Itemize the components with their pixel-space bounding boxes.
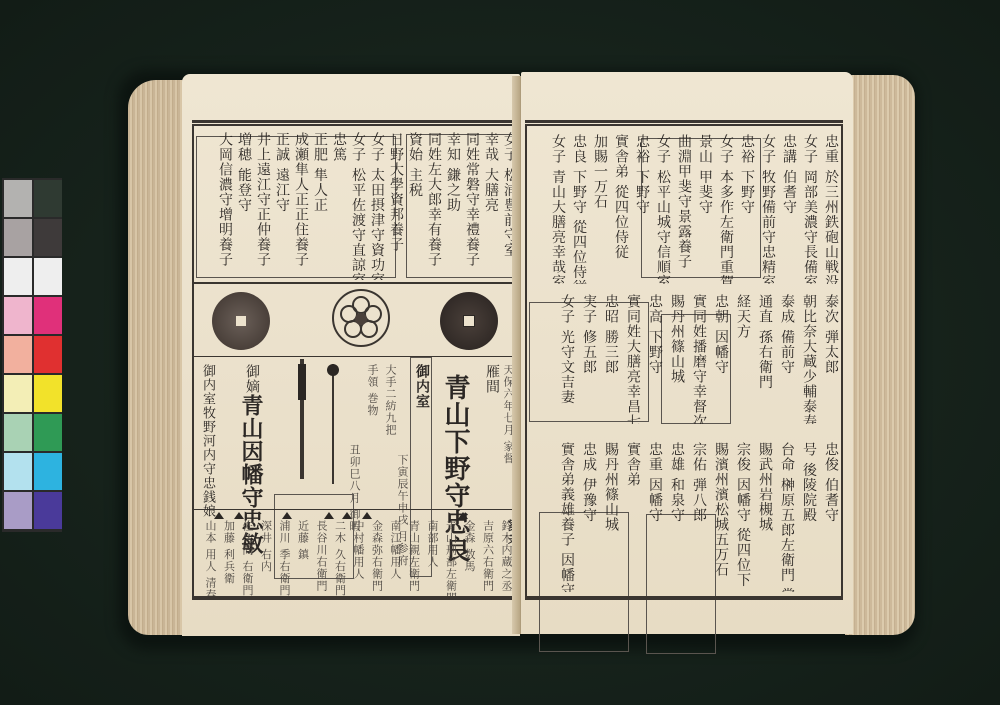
text-column: 忠裕 下野守 [632,134,652,214]
color-chip [4,297,32,334]
text-column: 女子 牧野備前守忠精室 [758,134,778,284]
color-chip [34,453,62,490]
text-column: 二木 久右衛門 [332,520,348,596]
text-column: 女子 松平佐渡守直諒室 因幡守 [348,132,368,280]
text-column: 女子 太田摂津守資功室 [367,132,387,280]
text-column: 賜濱州濱松城五万石 [711,442,731,577]
text-column: 青山親左衛門 [406,520,422,592]
text-column: 南江幡用人 [387,520,403,580]
text-column: 増穂 能登守 [234,132,254,212]
spear-sheath-icon [298,364,306,400]
text-column: 女子 本多作左衛門重賀室 [716,134,736,284]
text-column: 實同姓大膳亮幸昌七男 [623,294,643,424]
spear-icon [332,364,334,484]
text-column: 大岡信濃守增明養子 [215,132,235,267]
color-chip [4,453,32,490]
text-column: 泰成 備前守 [777,294,797,374]
text-column: 台命 榊原五郎左衛門 常陸介 [777,442,797,592]
top-rule [525,120,843,123]
text-column: 吉原六右衛門 [480,520,496,592]
text-column: 日野大學資邦養子 [386,132,406,252]
text-column: 正誠 遠江守 [272,132,292,212]
text-column: 曲淵甲斐守景露養子 [674,134,694,269]
text-column: 佐久間 右衛門 [239,520,255,596]
text-column: 近藤 鎮 [295,520,311,561]
bottom-rule [192,596,518,600]
text-column: 忠講 伯耆守 [779,134,799,214]
text-column: 正肥 隼人正 [310,132,330,212]
heir-label: 御嫡 [242,364,262,394]
text-column: 金森 数馬 [461,520,477,573]
triangle-marker-icon [342,512,352,519]
color-calibration-chart [2,178,62,532]
text-column: 忠篤 [329,132,349,162]
text-column: 長谷川右衛門 [313,520,329,592]
text-column: 賜丹州篠山城 [667,294,687,384]
text-column: 加賜一万石 [590,134,610,209]
book-fore-edge-right [845,75,915,635]
text-column: 宗俊 因幡守 從四位下 [733,442,753,588]
color-chip [4,336,32,373]
triangle-marker-icon [234,512,244,519]
bottom-rule [525,596,843,600]
text-column: 女子 光守文吉妻 [557,294,577,404]
text-column: 實舎弟 [623,442,643,487]
color-chip [34,414,62,451]
text-column: 忠重 因幡守 [645,442,665,522]
text-column: 女子 松平山城守信順室 [653,134,673,284]
text-column: 忠良 下野守 從四位侍従 [569,134,589,284]
heir-wife: 御内室牧野河内守忠銭娘 [198,364,217,518]
triangle-marker-icon [362,512,372,519]
tribute-item: 大手二紡九把 [382,364,398,436]
spear-tassel-icon [327,364,339,376]
text-column: 忠朝 因幡守 [711,294,731,374]
text-column: 経天方 [733,294,753,339]
text-column: 井上遠江守正仲養子 [253,132,273,267]
text-column: 忠裕 下野守 [737,134,757,214]
text-column: 通直 孫右衛門 [755,294,775,389]
text-column: 青山刑部左衛門 [443,520,459,596]
coin-crest-icon [440,292,498,350]
triangle-marker-icon [214,512,224,519]
text-column: 實同姓播磨守幸督次男 從四位下 [689,294,709,424]
genealogy-box [646,514,716,654]
color-chip [4,375,32,412]
text-column: 幸哉 大膳亮 [481,132,501,212]
text-column: 朝比奈大蔵少輔泰寿養子 大蔵少輔 [799,294,819,424]
text-column: 資始 主税 [405,132,425,197]
triangle-marker-icon [324,512,334,519]
genealogy-box [539,512,629,652]
text-column: 景山 甲斐守 [695,134,715,214]
section-rule [192,282,518,284]
text-column: 賜丹州篠山城 [601,442,621,532]
text-column: 加藤 利兵衛 [221,520,237,585]
color-chip [34,180,62,217]
coin-crest-icon [212,292,270,350]
right-page: 忠重 於三州鉄砲山戦没 平太夫女子 岡部美濃守長備室忠講 伯耆守女子 牧野備前守… [521,72,853,634]
text-column: 幸知 鎌之助 [443,132,463,212]
wife-label: 御内室 [412,364,432,409]
color-chip [4,258,32,295]
text-column: 同姓常磐守幸禮養子 [462,132,482,267]
text-column: 忠雄 和泉守 [667,442,687,522]
text-column: 深井 右内 [258,520,274,573]
bottom-section-rule [192,509,518,510]
text-column: 山本 用人 清春 [202,520,218,596]
text-column: 賜武州岩槻城 [755,442,775,532]
color-chip [34,336,62,373]
top-rule [192,120,518,123]
color-chip [34,258,62,295]
book-fore-edge-left [128,80,190,635]
text-column: 浦川 季右衛門 [276,520,292,596]
text-column: 女子 岡部美濃守長備室 [800,134,820,284]
text-column: 忠高 下野守 [645,294,665,374]
text-column: 忠重 於三州鉄砲山戦没 平太夫 [821,134,841,284]
plum-blossom-crest-icon [332,289,390,347]
text-column: 實舎弟義雄養子 因幡守 [557,442,577,592]
text-column: 泰次 弾太郎 [821,294,841,374]
color-chip [4,180,32,217]
crest-rule [192,356,518,357]
color-chip [4,492,32,529]
text-column: 忠昭 勝三郎 [601,294,621,374]
triangle-marker-icon [282,512,292,519]
left-page: 女子 松浦豊前守室幸哉 大膳亮同姓常磐守幸禮養子幸知 鎌之助同姓左大郎幸有養子資… [182,74,520,636]
text-column: 南部用人 [424,520,440,568]
color-chip [4,414,32,451]
text-column: 成瀬隼人正正住養子 [291,132,311,267]
text-column: 実子 修五郎 [579,294,599,374]
text-column: 金森弥右衛門 [369,520,385,592]
text-column: 宗佑 弾八郎 [689,442,709,522]
text-column: 同姓左大郎幸有養子 [424,132,444,267]
color-chip [34,219,62,256]
tribute-item: 手領 巻物 [364,364,380,417]
color-chip [34,492,62,529]
text-column: 忠俊 伯耆守 [821,442,841,522]
text-column: 中村幡用人 [350,520,366,580]
text-column: 實舎弟 從四位侍従 [611,134,631,259]
color-chip [34,297,62,334]
text-column: 忠成 伊豫守 [579,442,599,522]
color-chip [34,375,62,412]
text-column: 女子 青山大膳亮幸哉室 [548,134,568,284]
rank-label: 雁間 [482,364,502,394]
triangle-marker-icon [458,512,468,519]
text-column: 号 後陵院殿 [799,442,819,522]
color-chip [4,219,32,256]
